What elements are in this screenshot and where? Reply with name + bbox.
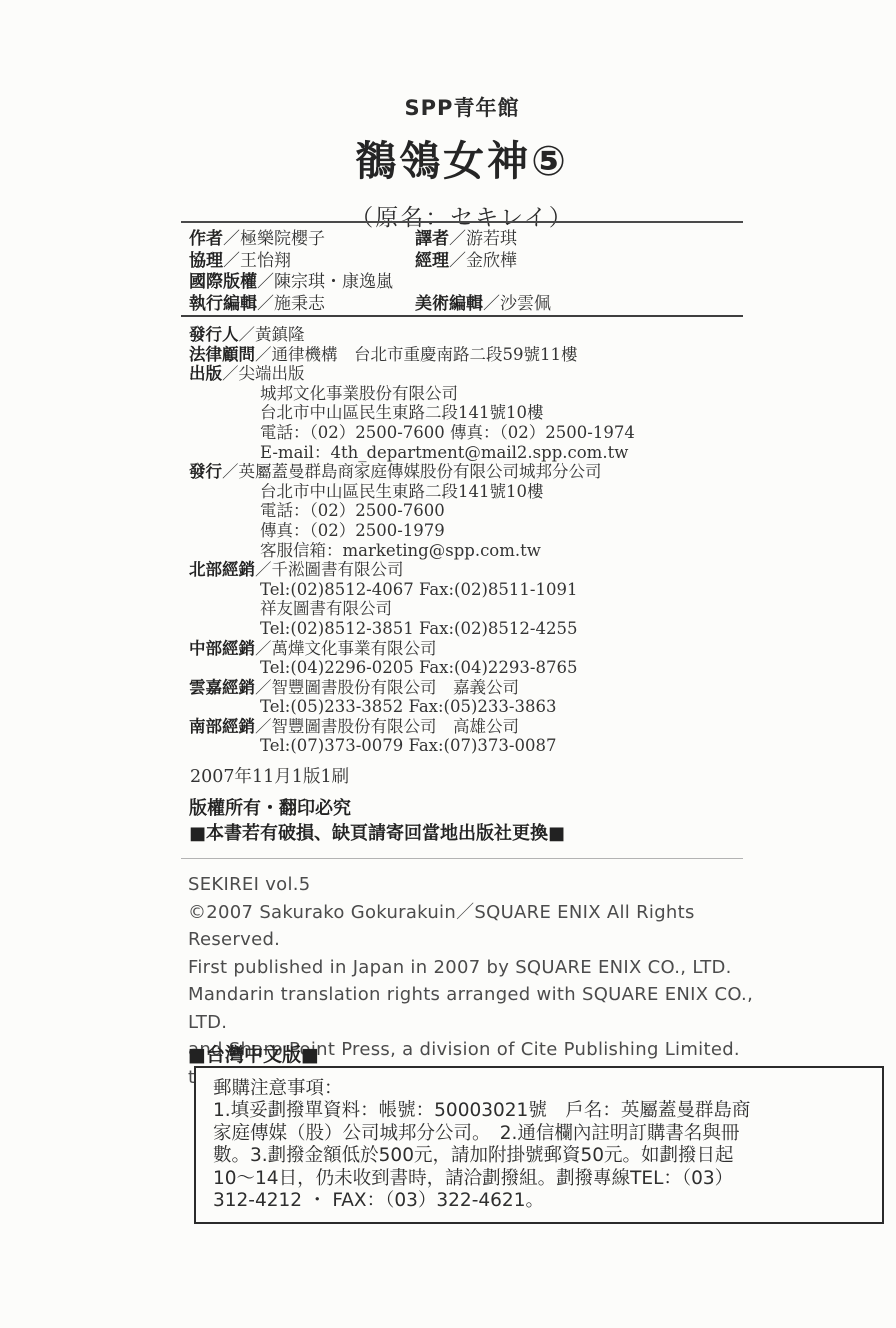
credit-associate: 協理／王怡翔 bbox=[189, 251, 415, 273]
publishing-label: 南部經銷 bbox=[189, 717, 255, 736]
publishing-label: 北部經銷 bbox=[189, 560, 255, 579]
publishing-value: 傳真：（02）2500-1979 bbox=[260, 521, 445, 540]
publishing-value: 城邦文化事業股份有限公司 bbox=[260, 384, 458, 403]
mail-order-heading: 郵購注意事項： bbox=[213, 1078, 868, 1100]
publishing-line-fax: 傳真：（02）2500-1979 bbox=[189, 521, 789, 541]
publishing-line-tel-fax: Tel:(02)8512-4067 Fax:(02)8511-1091 bbox=[189, 580, 789, 600]
publishing-label: 出版 bbox=[189, 364, 222, 383]
credits-row: 作者／極樂院櫻子 譯者／游若琪 bbox=[189, 229, 745, 251]
english-copyright-line: Mandarin translation rights arranged wit… bbox=[188, 981, 768, 1036]
publishing-value: 祥友圖書有限公司 bbox=[260, 599, 392, 618]
publishing-line-address: 台北市中山區民生東路二段141號10樓 bbox=[189, 403, 789, 423]
publishing-line-issuer: 發行／英屬蓋曼群島商家庭傳媒股份有限公司城邦分公司 bbox=[189, 462, 789, 482]
credit-art-editor: 美術編輯／沙雲佩 bbox=[415, 294, 551, 316]
publishing-value: Tel:(07)373-0079 Fax:(07)373-0087 bbox=[260, 736, 556, 755]
publishing-value: 電話：（02）2500-7600 bbox=[260, 501, 445, 520]
credit-author: 作者／極樂院櫻子 bbox=[189, 229, 415, 251]
publishing-value: 通律機構 台北市重慶南路二段59號11樓 bbox=[272, 345, 578, 364]
credit-separator: ／ bbox=[257, 272, 274, 292]
credit-label: 國際版權 bbox=[189, 272, 257, 292]
divider-credits-top bbox=[181, 221, 743, 223]
publishing-value: 台北市中山區民生東路二段141號10樓 bbox=[260, 482, 544, 501]
publishing-label: 發行 bbox=[189, 462, 222, 481]
publishing-line-tel-fax: Tel:(05)233-3852 Fax:(05)233-3863 bbox=[189, 697, 789, 717]
credits-row: 協理／王怡翔 經理／金欣樺 bbox=[189, 251, 745, 273]
mail-order-line: 1.填妥劃撥單資料：帳號：50003021號 戶名：英屬蓋曼群島商 bbox=[213, 1100, 868, 1122]
publishing-line-publisher: 出版／尖端出版 bbox=[189, 364, 789, 384]
publishing-label: 法律顧問 bbox=[189, 345, 255, 364]
publishing-value: 尖端出版 bbox=[239, 364, 305, 383]
publishing-line-tel-fax: Tel:(07)373-0079 Fax:(07)373-0087 bbox=[189, 736, 789, 756]
colophon-page: SPP青年館 鶺鴒女神⑤ （原名：セキレイ） 作者／極樂院櫻子 譯者／游若琪 協… bbox=[0, 0, 896, 1328]
credit-international-rights: 國際版權／陳宗琪・康逸嵐 bbox=[189, 272, 415, 294]
credit-translator: 譯者／游若琪 bbox=[415, 229, 517, 251]
publishing-separator: ／ bbox=[222, 364, 239, 383]
publishing-line-phone: 電話：（02）2500-7600 bbox=[189, 501, 789, 521]
publishing-line-service-email: 客服信箱：marketing@spp.com.tw bbox=[189, 541, 789, 561]
publishing-line-company: 城邦文化事業股份有限公司 bbox=[189, 384, 789, 404]
book-title: 鶺鴒女神⑤ bbox=[180, 128, 744, 187]
publishing-separator: ／ bbox=[255, 560, 272, 579]
replacement-notice: ■本書若有破損、缺頁請寄回當地出版社更換■ bbox=[189, 821, 565, 846]
publishing-value: 智豐圖書股份有限公司 嘉義公司 bbox=[272, 678, 520, 697]
publishing-line-tel-fax: Tel:(04)2296-0205 Fax:(04)2293-8765 bbox=[189, 658, 789, 678]
credit-separator: ／ bbox=[449, 251, 466, 271]
publishing-section: 發行人／黃鎮隆 法律顧問／通律機構 台北市重慶南路二段59號11樓 出版／尖端出… bbox=[189, 325, 789, 756]
credit-separator: ／ bbox=[449, 229, 466, 249]
english-copyright-line: ©2007 Sakurako Gokurakuin／SQUARE ENIX Al… bbox=[188, 899, 768, 954]
publishing-separator: ／ bbox=[255, 345, 272, 364]
publishing-line-yunjia-distributor: 雲嘉經銷／智豐圖書股份有限公司 嘉義公司 bbox=[189, 678, 789, 698]
english-copyright-line: SEKIREI vol.5 bbox=[188, 871, 768, 899]
credit-value: 金欣樺 bbox=[466, 251, 517, 271]
publishing-label: 中部經銷 bbox=[189, 639, 255, 658]
credit-label: 譯者 bbox=[415, 229, 449, 249]
divider-english-section bbox=[181, 858, 743, 859]
publishing-line-email: E-mail：4th_department@mail2.spp.com.tw bbox=[189, 443, 789, 463]
credit-value: 沙雲佩 bbox=[500, 294, 551, 314]
credit-value: 施秉志 bbox=[274, 294, 325, 314]
mail-order-line: 10～14日，仍未收到書時，請洽劃撥組。劃撥專線TEL：（03） bbox=[213, 1168, 868, 1190]
publishing-value: E-mail：4th_department@mail2.spp.com.tw bbox=[260, 443, 628, 462]
publishing-value: 萬燁文化事業有限公司 bbox=[272, 639, 437, 658]
mail-order-line: 數。3.劃撥金額低於500元，請加附掛號郵資50元。如劃撥日起 bbox=[213, 1145, 868, 1167]
publishing-separator: ／ bbox=[255, 639, 272, 658]
credit-label: 作者 bbox=[189, 229, 223, 249]
taiwan-edition-label: ■台灣中文版■ bbox=[188, 1040, 319, 1067]
publishing-line-central-distributor: 中部經銷／萬燁文化事業有限公司 bbox=[189, 639, 789, 659]
publishing-value: 黃鎮隆 bbox=[255, 325, 305, 344]
credit-value: 陳宗琪・康逸嵐 bbox=[274, 272, 393, 292]
title-block: SPP青年館 鶺鴒女神⑤ （原名：セキレイ） bbox=[180, 92, 744, 232]
publishing-line-south-distributor: 南部經銷／智豐圖書股份有限公司 高雄公司 bbox=[189, 717, 789, 737]
publishing-line-address: 台北市中山區民生東路二段141號10樓 bbox=[189, 482, 789, 502]
publishing-value: Tel:(02)8512-3851 Fax:(02)8512-4255 bbox=[260, 619, 577, 638]
publishing-value: 客服信箱：marketing@spp.com.tw bbox=[260, 541, 541, 560]
publishing-label: 雲嘉經銷 bbox=[189, 678, 255, 697]
publishing-line-company: 祥友圖書有限公司 bbox=[189, 599, 789, 619]
publishing-value: 英屬蓋曼群島商家庭傳媒股份有限公司城邦分公司 bbox=[239, 462, 602, 481]
credit-value: 游若琪 bbox=[466, 229, 517, 249]
credit-manager: 經理／金欣樺 bbox=[415, 251, 517, 273]
credit-executive-editor: 執行編輯／施秉志 bbox=[189, 294, 415, 316]
publishing-separator: ／ bbox=[255, 678, 272, 697]
publishing-separator: ／ bbox=[239, 325, 256, 344]
credit-label: 協理 bbox=[189, 251, 223, 271]
original-title: （原名：セキレイ） bbox=[180, 199, 744, 232]
mail-order-box: 郵購注意事項： 1.填妥劃撥單資料：帳號：50003021號 戶名：英屬蓋曼群島… bbox=[194, 1066, 884, 1224]
credit-value: 王怡翔 bbox=[240, 251, 291, 271]
credits-row: 執行編輯／施秉志 美術編輯／沙雲佩 bbox=[189, 294, 745, 316]
english-copyright-line: First published in Japan in 2007 by SQUA… bbox=[188, 954, 768, 982]
credit-separator: ／ bbox=[483, 294, 500, 314]
publishing-label: 發行人 bbox=[189, 325, 239, 344]
publishing-separator: ／ bbox=[255, 717, 272, 736]
credit-separator: ／ bbox=[223, 251, 240, 271]
credit-value: 極樂院櫻子 bbox=[240, 229, 325, 249]
credit-label: 美術編輯 bbox=[415, 294, 483, 314]
publishing-line-tel-fax: Tel:(02)8512-3851 Fax:(02)8512-4255 bbox=[189, 619, 789, 639]
publishing-line-north-distributor: 北部經銷／千淞圖書有限公司 bbox=[189, 560, 789, 580]
credit-label: 經理 bbox=[415, 251, 449, 271]
publishing-value: Tel:(05)233-3852 Fax:(05)233-3863 bbox=[260, 697, 556, 716]
publishing-value: 電話：（02）2500-7600 傳真：（02）2500-1974 bbox=[260, 423, 635, 442]
publishing-value: Tel:(02)8512-4067 Fax:(02)8511-1091 bbox=[260, 580, 577, 599]
credits-row: 國際版權／陳宗琪・康逸嵐 bbox=[189, 272, 745, 294]
publishing-value: 台北市中山區民生東路二段141號10樓 bbox=[260, 403, 544, 422]
edition-line: 2007年11月1版1刷 bbox=[190, 763, 349, 788]
credit-separator: ／ bbox=[257, 294, 274, 314]
publishing-value: 千淞圖書有限公司 bbox=[272, 560, 404, 579]
credit-label: 執行編輯 bbox=[189, 294, 257, 314]
publishing-separator: ／ bbox=[222, 462, 239, 481]
mail-order-line: 312-4212 ・ FAX：（03）322-4621。 bbox=[213, 1190, 868, 1212]
series-imprint: SPP青年館 bbox=[180, 92, 744, 122]
publishing-line-legal-advisor: 法律顧問／通律機構 台北市重慶南路二段59號11樓 bbox=[189, 345, 789, 365]
credit-separator: ／ bbox=[223, 229, 240, 249]
publishing-line-phone-fax: 電話：（02）2500-7600 傳真：（02）2500-1974 bbox=[189, 423, 789, 443]
divider-credits-bottom bbox=[181, 315, 743, 317]
publishing-value: 智豐圖書股份有限公司 高雄公司 bbox=[272, 717, 520, 736]
publishing-line-publisher-person: 發行人／黃鎮隆 bbox=[189, 325, 789, 345]
mail-order-line: 家庭傳媒（股）公司城邦分公司。 2.通信欄內註明訂購書名與冊 bbox=[213, 1123, 868, 1145]
copyright-notice: 版權所有・翻印必究 bbox=[189, 796, 565, 821]
publishing-value: Tel:(04)2296-0205 Fax:(04)2293-8765 bbox=[260, 658, 577, 677]
rights-block: 版權所有・翻印必究 ■本書若有破損、缺頁請寄回當地出版社更換■ bbox=[189, 796, 565, 846]
credits-section: 作者／極樂院櫻子 譯者／游若琪 協理／王怡翔 經理／金欣樺 國際版權／陳宗琪・康… bbox=[189, 229, 745, 315]
